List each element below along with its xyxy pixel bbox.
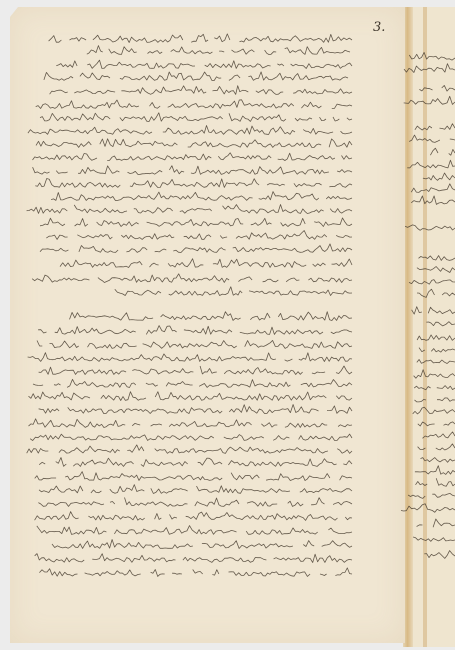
handwritten-line [404, 64, 455, 73]
handwritten-line [33, 166, 352, 175]
handwritten-line [414, 370, 455, 379]
handwritten-line [28, 353, 352, 362]
handwritten-line [417, 360, 455, 364]
handwritten-line [38, 326, 352, 335]
handwritten-line [115, 287, 352, 296]
handwritten-line [33, 153, 353, 161]
handwritten-line [411, 196, 455, 205]
handwritten-line [44, 72, 348, 81]
handwritten-line [35, 554, 352, 563]
handwritten-line [32, 274, 352, 283]
handwritten-line [40, 231, 352, 240]
handwritten-line [40, 244, 352, 253]
handwritten-line [407, 160, 455, 168]
handwritten-line [419, 85, 455, 91]
handwritten-line [29, 392, 353, 401]
handwritten-line [416, 551, 455, 559]
handwritten-line [36, 139, 352, 148]
handwritten-line [410, 444, 455, 450]
handwritten-line [37, 526, 352, 535]
handwritten-line [35, 512, 352, 521]
handwritten-line [407, 478, 455, 486]
handwritten-line [415, 173, 455, 180]
handwritten-line [28, 126, 352, 135]
handwritten-line [422, 148, 455, 155]
handwritten-line [409, 124, 455, 130]
handwritten-line [33, 379, 352, 387]
handwritten-line [38, 498, 352, 507]
handwritten-line [409, 135, 455, 142]
handwritten-line [39, 568, 352, 577]
handwritten-line [36, 100, 352, 109]
handwritten-line [413, 537, 455, 541]
handwritten-line [49, 34, 352, 43]
handwritten-line [409, 280, 455, 285]
handwritten-line [404, 307, 455, 314]
handwritten-line [39, 405, 352, 414]
handwriting-ink [0, 0, 455, 650]
handwritten-line [41, 192, 352, 201]
handwritten-line [421, 458, 455, 463]
handwritten-line [30, 434, 352, 440]
handwritten-line [39, 458, 352, 467]
handwritten-line [50, 86, 352, 95]
handwritten-line [417, 335, 455, 340]
handwritten-line [40, 218, 352, 227]
handwritten-line [35, 472, 352, 481]
handwritten-line [413, 407, 455, 414]
handwritten-line [409, 52, 455, 60]
handwritten-line [404, 96, 455, 104]
handwritten-line [60, 259, 352, 268]
handwritten-line [27, 445, 352, 454]
handwritten-line [417, 289, 455, 297]
handwritten-line [411, 348, 455, 353]
handwritten-line [35, 179, 352, 188]
handwritten-line [56, 60, 352, 68]
handwritten-line [418, 422, 455, 426]
handwritten-line [70, 312, 353, 321]
handwritten-line [390, 504, 455, 513]
handwritten-line [40, 113, 352, 122]
handwritten-line [37, 340, 352, 348]
handwritten-line [87, 46, 350, 55]
handwritten-line [417, 322, 455, 326]
handwritten-line [411, 184, 455, 193]
handwritten-line [417, 267, 455, 273]
handwritten-line [408, 493, 455, 498]
handwritten-line [39, 485, 352, 494]
handwritten-line [417, 519, 455, 527]
handwritten-line [39, 366, 352, 375]
handwritten-line [415, 398, 455, 402]
handwritten-line [27, 205, 352, 214]
handwritten-line [412, 432, 455, 438]
handwritten-line [419, 256, 455, 261]
handwritten-line [20, 419, 352, 428]
handwritten-line [415, 466, 455, 475]
handwritten-line [405, 225, 455, 230]
handwritten-line [42, 540, 352, 549]
handwritten-line [414, 386, 455, 390]
